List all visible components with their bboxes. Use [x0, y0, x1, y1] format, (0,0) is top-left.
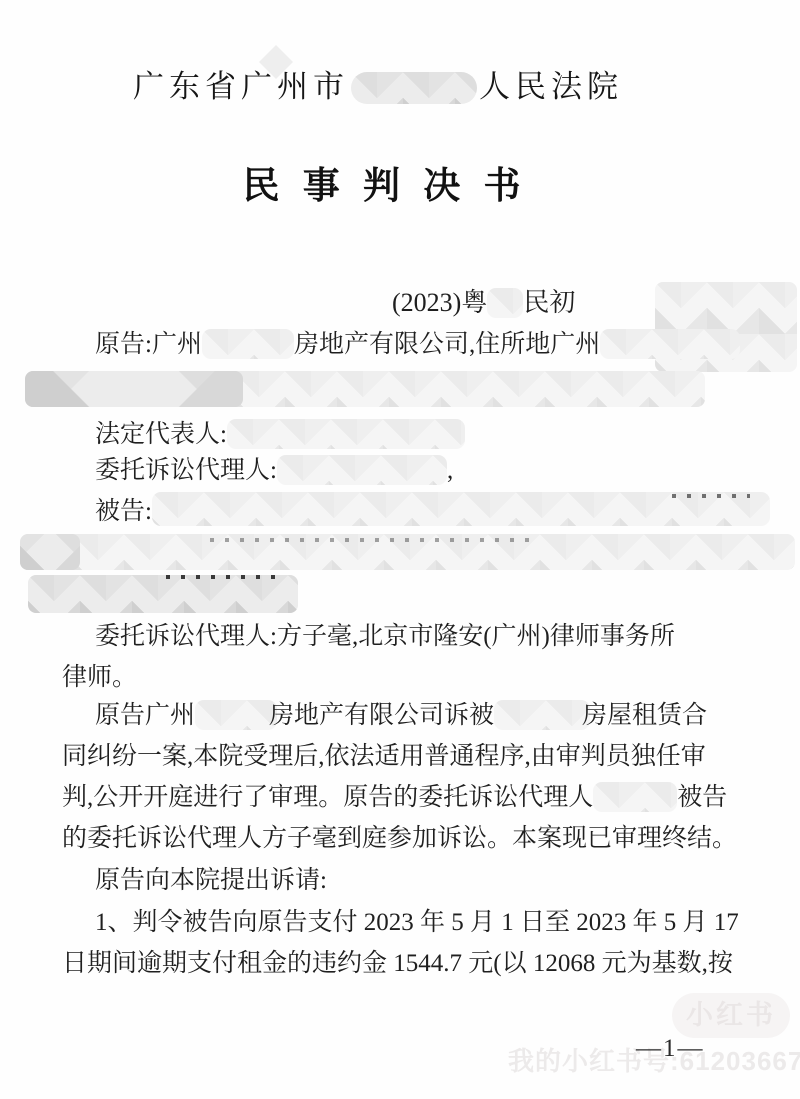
- case-number: (2023)粤民初: [392, 286, 575, 320]
- text-segment: 原告广州: [95, 702, 195, 729]
- redaction-text-fragments: [672, 494, 750, 498]
- claims-intro: 原告向本院提出诉请:: [95, 864, 327, 898]
- case-number-middle: 民初: [523, 288, 575, 317]
- redaction-agent1-name: [277, 455, 447, 485]
- redaction-company-name: [195, 700, 277, 730]
- redaction-legal-rep-name: [227, 419, 465, 449]
- agent-line-2: 委托诉讼代理人:方子毫,北京市隆安(广州)律师事务所: [95, 620, 675, 654]
- claim-1-line-1: 1、判令被告向原告支付 2023 年 5 月 1 日至 2023 年 5 月 1…: [95, 906, 739, 940]
- redaction-dark-segment: [25, 371, 243, 407]
- redaction-address-band: [25, 371, 705, 407]
- plaintiff-label: 原告:广州: [95, 331, 202, 358]
- redaction-defendant-address-band: [20, 534, 795, 570]
- redaction-defendant-info: [152, 492, 770, 526]
- claim-1-line-2: 日期间逾期支付租金的违约金 1544.7 元(以 12068 元为基数,按: [62, 947, 733, 981]
- agent-line-2-cont: 律师。: [62, 661, 137, 695]
- defendant-label: 被告:: [95, 498, 152, 525]
- agent1-label: 委托诉讼代理人:: [95, 457, 277, 484]
- redaction-agent-name: [593, 782, 677, 812]
- text-segment: 房地产有限公司诉被: [269, 702, 494, 729]
- agent1-tail: ,: [447, 457, 453, 484]
- plaintiff-address: 房地产有限公司,住所地广州: [294, 331, 600, 358]
- procedure-line-3: 判,公开开庭进行了审理。原告的委托诉讼代理人被告: [62, 781, 727, 815]
- document-title: 民 事 判 决 书: [0, 170, 770, 204]
- redaction-plaintiff-name: [202, 329, 294, 359]
- redaction-defendant-name: [494, 700, 590, 730]
- court-name-prefix: 广东省广州市: [133, 69, 349, 104]
- text-segment: 房屋租赁合: [582, 702, 707, 729]
- procedure-line-4: 的委托诉讼代理人方子毫到庭参加诉讼。本案现已审理终结。: [62, 822, 737, 856]
- procedure-line-1: 原告广州房地产有限公司诉被房屋租赁合: [95, 699, 707, 733]
- legal-rep-line: 法定代表人:: [95, 418, 465, 452]
- text-segment: 判,公开开庭进行了审理。原告的委托诉讼代理人: [62, 784, 593, 811]
- text-segment: 被告: [677, 784, 727, 811]
- court-header: 广东省广州市人民法院: [0, 70, 756, 104]
- redaction-digit-fragments: [166, 575, 278, 579]
- legal-rep-label: 法定代表人:: [95, 421, 227, 448]
- redaction-plaintiff-address: [600, 329, 740, 359]
- case-number-prefix: (2023)粤: [392, 288, 487, 317]
- redaction-court-name: [351, 72, 477, 104]
- redaction-text-fragments: [210, 538, 530, 542]
- page-number: —1—: [636, 1032, 705, 1066]
- redaction-id-band: [28, 575, 298, 613]
- court-name-suffix: 人民法院: [479, 69, 623, 104]
- redaction-case-court-code: [487, 288, 523, 318]
- redaction-dark-segment: [20, 534, 80, 570]
- procedure-line-2: 同纠纷一案,本院受理后,依法适用普通程序,由审判员独任审: [62, 740, 706, 774]
- civil-judgment-document: 广东省广州市人民法院 民 事 判 决 书 (2023)粤民初 原告:广州房地产有…: [0, 0, 800, 1099]
- defendant-line: 被告:: [95, 492, 770, 529]
- agent-line-1: 委托诉讼代理人:,: [95, 454, 453, 488]
- plaintiff-line: 原告:广州房地产有限公司,住所地广州: [95, 328, 740, 362]
